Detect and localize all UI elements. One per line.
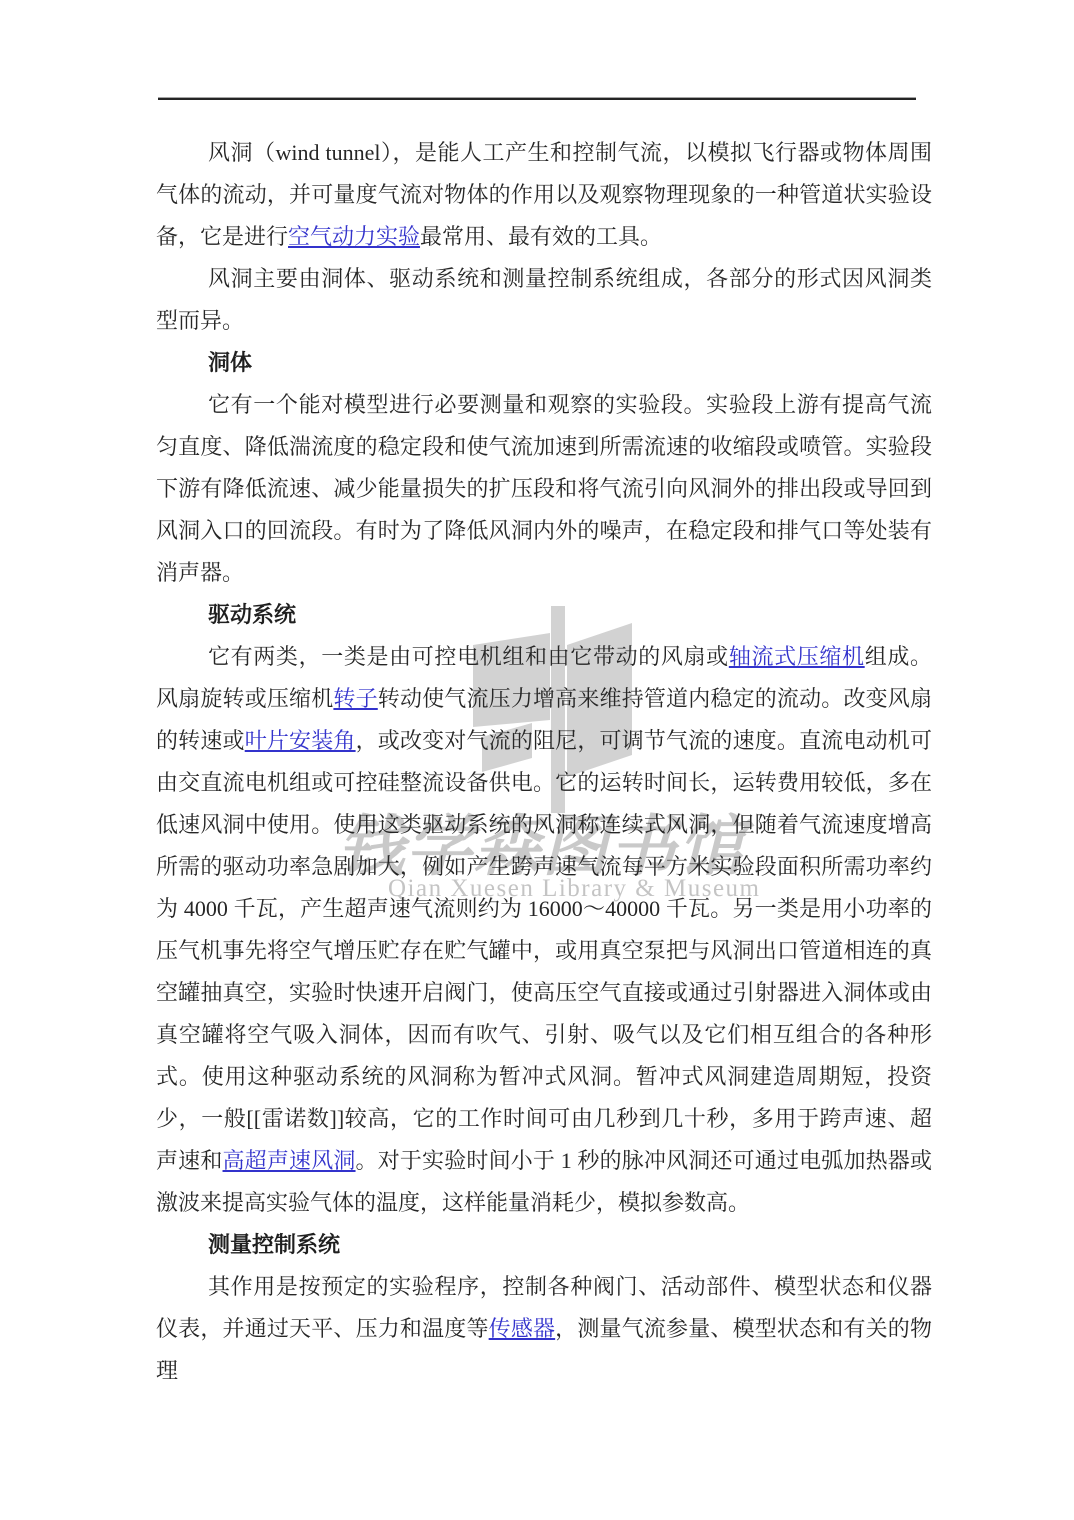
text-run: 最常用、最有效的工具。 <box>420 224 662 249</box>
paragraph: 风洞主要由洞体、驱动系统和测量控制系统组成，各部分的形式因风洞类型而异。 <box>156 258 932 342</box>
text-run: ，或改变对气流的阻尼，可调节气流的速度。直流电动机可由交直流电机组或可控硅整流设… <box>156 728 932 1173</box>
section-heading: 洞体 <box>156 342 932 384</box>
inline-link[interactable]: 轴流式压缩机 <box>729 644 865 669</box>
section-heading: 测量控制系统 <box>156 1224 932 1266</box>
paragraph: 风洞（wind tunnel），是能人工产生和控制气流，以模拟飞行器或物体周围气… <box>156 132 932 258</box>
text-run: 风洞主要由洞体、驱动系统和测量控制系统组成，各部分的形式因风洞类型而异。 <box>156 266 932 333</box>
inline-link[interactable]: 叶片安装角 <box>245 728 356 753</box>
text-run: 它有两类，一类是由可控电机组和由它带动的风扇或 <box>208 644 729 669</box>
paragraph: 它有两类，一类是由可控电机组和由它带动的风扇或轴流式压缩机组成。风扇旋转或压缩机… <box>156 636 932 1224</box>
paragraph: 它有一个能对模型进行必要测量和观察的实验段。实验段上游有提高气流匀直度、降低湍流… <box>156 384 932 594</box>
inline-link[interactable]: 空气动力实验 <box>288 224 420 249</box>
inline-link[interactable]: 传感器 <box>489 1316 556 1341</box>
paragraph: 其作用是按预定的实验程序，控制各种阀门、活动部件、模型状态和仪器仪表，并通过天平… <box>156 1266 932 1392</box>
inline-link[interactable]: 高超声速风洞 <box>223 1148 356 1173</box>
inline-link[interactable]: 转子 <box>333 686 377 711</box>
section-heading: 驱动系统 <box>156 594 932 636</box>
document-body: 风洞（wind tunnel），是能人工产生和控制气流，以模拟飞行器或物体周围气… <box>156 132 932 1392</box>
text-run: 它有一个能对模型进行必要测量和观察的实验段。实验段上游有提高气流匀直度、降低湍流… <box>156 392 932 585</box>
document-page: 钱学森图书馆 Qian Xuesen Library & Museum 风洞（w… <box>0 0 1074 1520</box>
